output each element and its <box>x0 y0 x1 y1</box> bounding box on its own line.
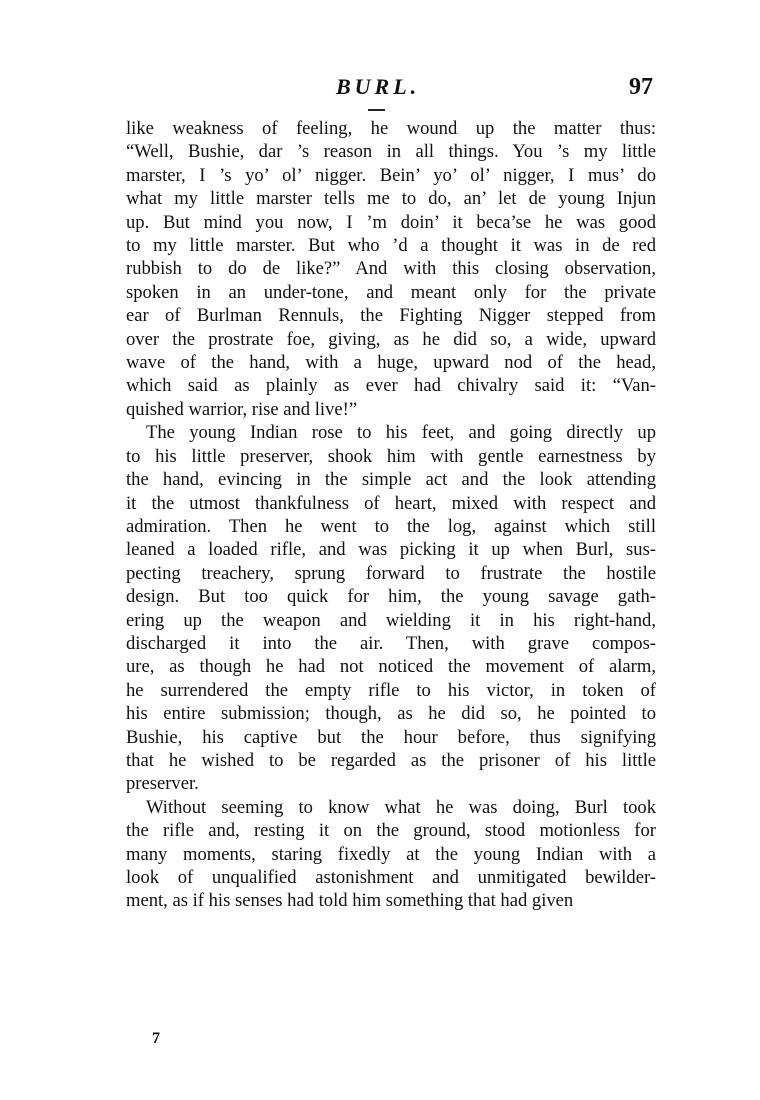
text-line: Bushie, his captive but the hour before,… <box>126 726 656 749</box>
title-rule <box>368 109 385 111</box>
text-line: wave of the hand, with a huge, upward no… <box>126 351 656 374</box>
signature-mark: 7 <box>152 1030 160 1048</box>
text-line: to his little preserver, shook him with … <box>126 445 656 468</box>
text-line: ment, as if his senses had told him some… <box>126 889 656 912</box>
text-line: design. But too quick for him, the young… <box>126 585 656 608</box>
text-line: admiration. Then he went to the log, aga… <box>126 515 656 538</box>
text-line: which said as plainly as ever had chival… <box>126 374 656 397</box>
text-line: spoken in an under-tone, and meant only … <box>126 281 656 304</box>
text-line: ure, as though he had not noticed the mo… <box>126 655 656 678</box>
text-line: look of unqualified astonishment and unm… <box>126 866 656 889</box>
text-line: over the prostrate foe, giving, as he di… <box>126 328 656 351</box>
text-line: to my little marster. But who ’d a thoug… <box>126 234 656 257</box>
running-title: BURL. <box>336 74 420 100</box>
text-line: rubbish to do de like?” And with this cl… <box>126 257 656 280</box>
text-line: preserver. <box>126 772 656 795</box>
text-line: like weakness of feeling, he wound up th… <box>126 117 656 140</box>
text-line: he surrendered the empty rifle to his vi… <box>126 679 656 702</box>
text-line: ering up the weapon and wielding it in h… <box>126 609 656 632</box>
paragraph: Without seeming to know what he was doin… <box>126 796 656 913</box>
body-text: like weakness of feeling, he wound up th… <box>126 117 656 913</box>
text-line: the hand, evincing in the simple act and… <box>126 468 656 491</box>
text-line: leaned a loaded rifle, and was picking i… <box>126 538 656 561</box>
text-line: Without seeming to know what he was doin… <box>126 796 656 819</box>
text-line: marster, I ’s yo’ ol’ nigger. Bein’ yo’ … <box>126 164 656 187</box>
text-line: The young Indian rose to his feet, and g… <box>126 421 656 444</box>
text-line: that he wished to be regarded as the pri… <box>126 749 656 772</box>
running-head: BURL. 97 <box>0 74 760 104</box>
text-line: up. But mind you now, I ’m doin’ it beca… <box>126 211 656 234</box>
book-page: BURL. 97 like weakness of feeling, he wo… <box>0 0 760 1100</box>
text-line: many moments, staring fixedly at the you… <box>126 843 656 866</box>
text-line: quished warrior, rise and live!” <box>126 398 656 421</box>
text-line: what my little marster tells me to do, a… <box>126 187 656 210</box>
page-number: 97 <box>629 74 653 101</box>
text-line: pecting treachery, sprung forward to fru… <box>126 562 656 585</box>
paragraph: like weakness of feeling, he wound up th… <box>126 117 656 421</box>
text-line: “Well, Bushie, dar ’s reason in all thin… <box>126 140 656 163</box>
text-line: ear of Burlman Rennuls, the Fighting Nig… <box>126 304 656 327</box>
text-line: discharged it into the air. Then, with g… <box>126 632 656 655</box>
text-line: the rifle and, resting it on the ground,… <box>126 819 656 842</box>
paragraph: The young Indian rose to his feet, and g… <box>126 421 656 796</box>
text-line: his entire submission; though, as he did… <box>126 702 656 725</box>
text-line: it the utmost thankfulness of heart, mix… <box>126 492 656 515</box>
